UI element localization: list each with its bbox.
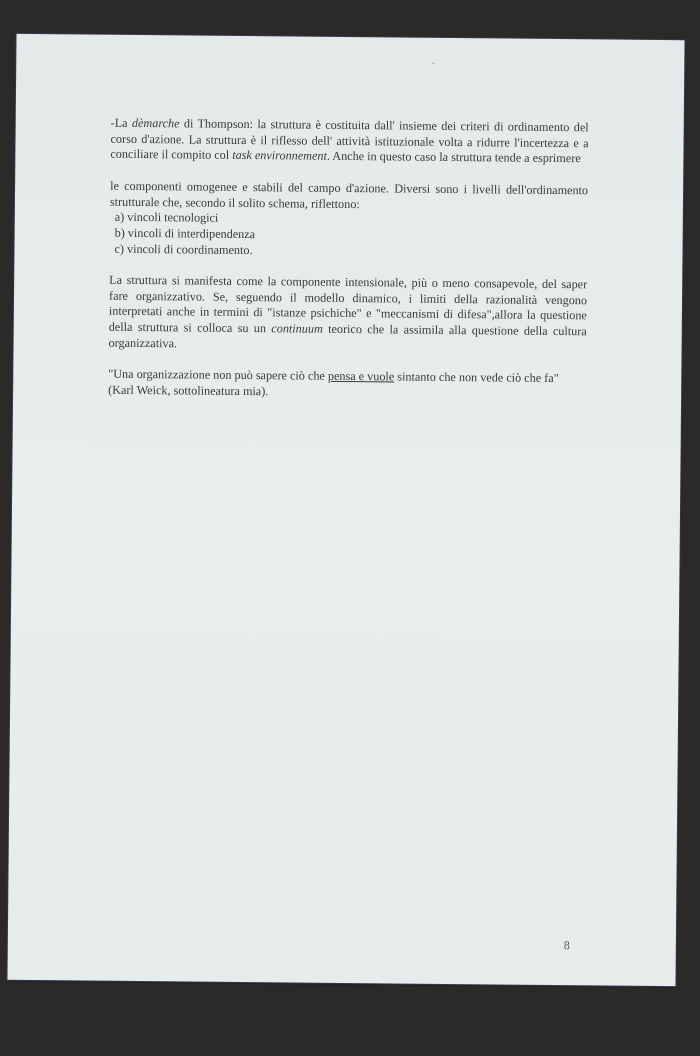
page-body: -La dèmarche di Thompson: la struttura è… <box>108 116 589 403</box>
page-number: 8 <box>564 938 570 953</box>
quote-part: "Una organizzazione non può sapere ciò c… <box>108 367 328 383</box>
paragraph-thompson: -La dèmarche di Thompson: la struttura è… <box>110 116 588 168</box>
quote-block: "Una organizzazione non può sapere ciò c… <box>108 367 586 403</box>
italic-term-continuum: continuum <box>271 321 323 335</box>
underlined-phrase: pensa e vuole <box>328 369 394 384</box>
paragraph-text: le componenti omogenee e stabili del cam… <box>110 179 588 215</box>
paragraph-text: -La <box>111 116 132 130</box>
paper-speck <box>432 63 434 64</box>
italic-term-task-environnement: task environnement <box>232 148 327 163</box>
document-page: -La dèmarche di Thompson: la struttura è… <box>7 34 684 986</box>
paragraph-text: . Anche in questo caso la struttura tend… <box>327 149 581 165</box>
paragraph-structure: La struttura si manifesta come la compon… <box>109 273 588 356</box>
quote-part: sintanto che non vede ciò che fa" <box>394 370 559 386</box>
italic-term-demarche: dèmarche <box>132 116 180 130</box>
constraints-list: a) vincoli tecnologici b) vincoli di int… <box>109 210 587 262</box>
list-item: c) vincoli di coordinamento. <box>109 241 587 261</box>
paragraph-levels: le componenti omogenee e stabili del cam… <box>109 179 588 262</box>
